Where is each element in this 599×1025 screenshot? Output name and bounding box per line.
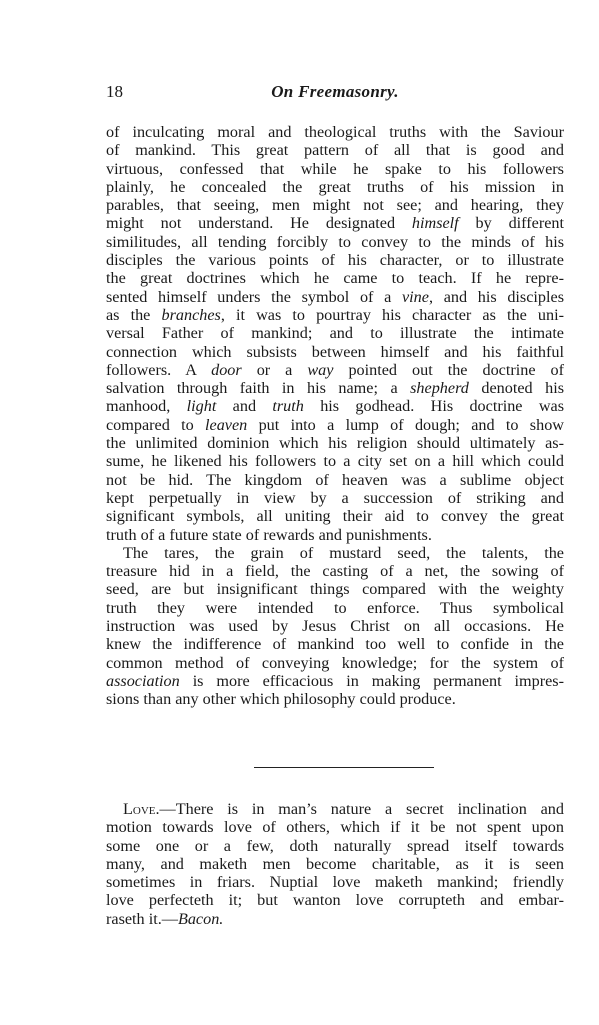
love_passage-line: some one or a few, doth naturally spread… xyxy=(106,837,564,855)
main_passage-line: treasure hid in a field, the casting of … xyxy=(106,562,564,580)
italic-emphasis: himself xyxy=(412,214,459,232)
love_passage-line: raseth it.—Bacon. xyxy=(106,910,564,928)
main_passage-line: disciples the various points of his char… xyxy=(106,251,564,269)
main_passage-line: parables, that seeing, men might not see… xyxy=(106,196,564,214)
main_passage-line: compared to leaven put into a lump of do… xyxy=(106,416,564,434)
main_passage-line: the unlimited dominion which his religio… xyxy=(106,434,564,452)
italic-emphasis: door xyxy=(211,361,242,379)
main_passage-line: kept perpetually in view by a succession… xyxy=(106,489,564,507)
love_passage-line: love perfecteth it; but wanton love corr… xyxy=(106,891,564,909)
love_passage-line: many, and maketh men become charitable, … xyxy=(106,855,564,873)
italic-emphasis: truth xyxy=(272,397,303,415)
italic-emphasis: way xyxy=(307,361,333,379)
main_passage-line: of inculcating moral and theological tru… xyxy=(106,123,564,141)
love_passage-line: sometimes in friars. Nuptial love maketh… xyxy=(106,873,564,891)
main_passage-line: manhood, light and truth his godhead. Hi… xyxy=(106,397,564,415)
main_passage-line: truth they were intended to enforce. Thu… xyxy=(106,599,564,617)
main_passage-line: followers. A door or a way pointed out t… xyxy=(106,361,564,379)
main_passage-line: virtuous, confessed that while he spake … xyxy=(106,160,564,178)
main_passage-line: versal Father of mankind; and to illustr… xyxy=(106,324,564,342)
main_passage-line: knew the indifference of mankind too wel… xyxy=(106,635,564,653)
main_passage-line: as the branches, it was to pourtray his … xyxy=(106,306,564,324)
main_passage-line: of mankind. This great pattern of all th… xyxy=(106,141,564,159)
love-quotation-passage: Love.—There is in man’s nature a secret … xyxy=(106,800,564,928)
main_passage-line: seed, are but insignificant things compa… xyxy=(106,580,564,598)
main_passage-line: not be hid. The kingdom of heaven was a … xyxy=(106,471,564,489)
smallcaps-heading: Love. xyxy=(123,800,160,818)
love_passage-line: Love.—There is in man’s nature a secret … xyxy=(106,800,564,818)
italic-emphasis: association xyxy=(106,672,180,690)
main_passage-line: common method of conveying knowledge; fo… xyxy=(106,654,564,672)
main_passage-line: plainly, he concealed the great truths o… xyxy=(106,178,564,196)
main_passage-line: association is more efficacious in makin… xyxy=(106,672,564,690)
running-title: On Freemasonry. xyxy=(106,82,564,102)
italic-emphasis: vine xyxy=(402,288,429,306)
book-page: 18 On Freemasonry. of inculcating moral … xyxy=(0,0,599,1025)
italic-emphasis: leaven xyxy=(205,416,247,434)
main_passage-line: truth of a future state of rewards and p… xyxy=(106,526,564,544)
main_passage-line: connection which subsists between himsel… xyxy=(106,343,564,361)
italic-emphasis: shepherd xyxy=(410,379,469,397)
main-passage: of inculcating moral and theological tru… xyxy=(106,123,564,709)
main_passage-line: similitudes, all tending forcibly to con… xyxy=(106,233,564,251)
main_passage-line: the great doctrines which he came to tea… xyxy=(106,269,564,287)
main_passage-line: significant symbols, all uniting their a… xyxy=(106,507,564,525)
main_passage-line: sume, he likened his followers to a city… xyxy=(106,452,564,470)
main_passage-line: might not understand. He designated hims… xyxy=(106,214,564,232)
main_passage-line: sented himself unders the symbol of a vi… xyxy=(106,288,564,306)
italic-emphasis: light xyxy=(187,397,217,415)
italic-emphasis: Bacon. xyxy=(178,910,223,928)
love_passage-line: motion towards love of others, which if … xyxy=(106,818,564,836)
main_passage-line: salvation through faith in his name; a s… xyxy=(106,379,564,397)
italic-emphasis: branches xyxy=(161,306,220,324)
main_passage-line: sions than any other which philosophy co… xyxy=(106,690,564,708)
running-head: 18 On Freemasonry. xyxy=(106,82,564,104)
section-divider-rule xyxy=(254,767,434,768)
main_passage-line: instruction was used by Jesus Christ on … xyxy=(106,617,564,635)
main_passage-line: The tares, the grain of mustard seed, th… xyxy=(106,544,564,562)
